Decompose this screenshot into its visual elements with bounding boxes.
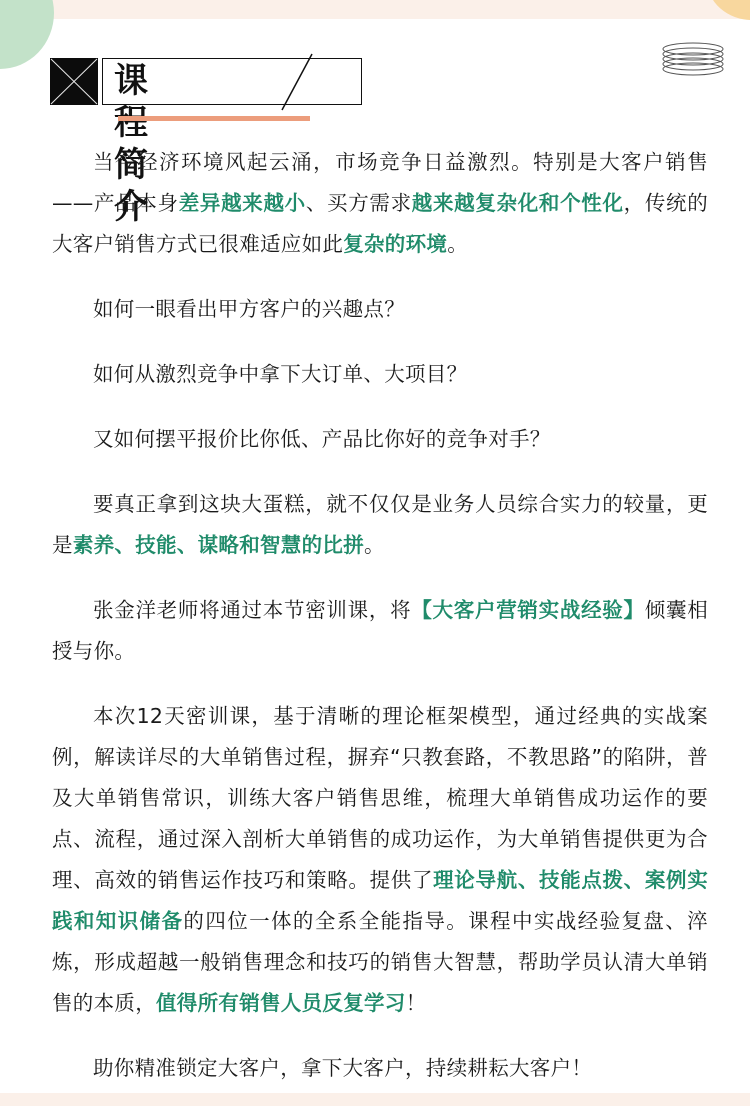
bottom-decor-band — [0, 1093, 750, 1106]
body-text: ！ — [406, 991, 427, 1015]
top-decor-band — [0, 0, 750, 19]
body-text: 如何从激烈竞争中拿下大订单、大项目？ — [93, 362, 467, 386]
rings-icon — [660, 40, 726, 78]
body-text: 本次12天密训课，基于清晰的理论框架模型，通过经典的实战案例，解读详尽的大单销售… — [52, 704, 708, 892]
body-text: 。 — [447, 232, 468, 256]
highlight-text: 复杂的环境 — [343, 232, 447, 256]
highlight-text: 越来越复杂化和个性化 — [412, 191, 624, 215]
intro-paragraph: 当今经济环境风起云涌，市场竞争日益激烈。特别是大客户销售——产品本身差异越来越小… — [52, 142, 708, 265]
body-text: 。 — [364, 533, 385, 557]
body-text: 如何一眼看出甲方客户的兴趣点？ — [93, 297, 405, 321]
intro-paragraph: 如何一眼看出甲方客户的兴趣点？ — [52, 289, 708, 330]
intro-paragraph: 本次12天密训课，基于清晰的理论框架模型，通过经典的实战案例，解读详尽的大单销售… — [52, 696, 708, 1024]
course-intro-body: 当今经济环境风起云涌，市场竞争日益激烈。特别是大客户销售——产品本身差异越来越小… — [52, 142, 708, 1106]
body-text: 张金洋老师将通过本节密训课，将 — [93, 598, 411, 622]
highlight-text: 素养、技能、谋略和智慧的比拼 — [73, 533, 364, 557]
x-box-icon — [50, 58, 98, 105]
intro-paragraph: 如何从激烈竞争中拿下大订单、大项目？ — [52, 354, 708, 395]
intro-paragraph: 又如何摆平报价比你低、产品比你好的竞争对手？ — [52, 419, 708, 460]
highlight-text: 值得所有销售人员反复学习 — [156, 991, 406, 1015]
body-text: 又如何摆平报价比你低、产品比你好的竞争对手？ — [93, 427, 551, 451]
intro-paragraph: 助你精准锁定大客户，拿下大客户，持续耕耘大客户！ — [52, 1048, 708, 1089]
green-circle-decor — [0, 0, 54, 69]
highlight-text: 差异越来越小 — [179, 191, 306, 215]
intro-paragraph: 要真正拿到这块大蛋糕，就不仅仅是业务人员综合实力的较量，更是素养、技能、谋略和智… — [52, 484, 708, 566]
intro-paragraph: 张金洋老师将通过本节密训课，将【大客户营销实战经验】倾囊相授与你。 — [52, 590, 708, 672]
body-text: 助你精准锁定大客户，拿下大客户，持续耕耘大客户！ — [93, 1056, 592, 1080]
highlight-text: 【大客户营销实战经验】 — [411, 598, 644, 622]
slash-icon — [260, 52, 320, 112]
body-text: 、买方需求 — [306, 191, 412, 215]
title-underline — [118, 116, 310, 121]
